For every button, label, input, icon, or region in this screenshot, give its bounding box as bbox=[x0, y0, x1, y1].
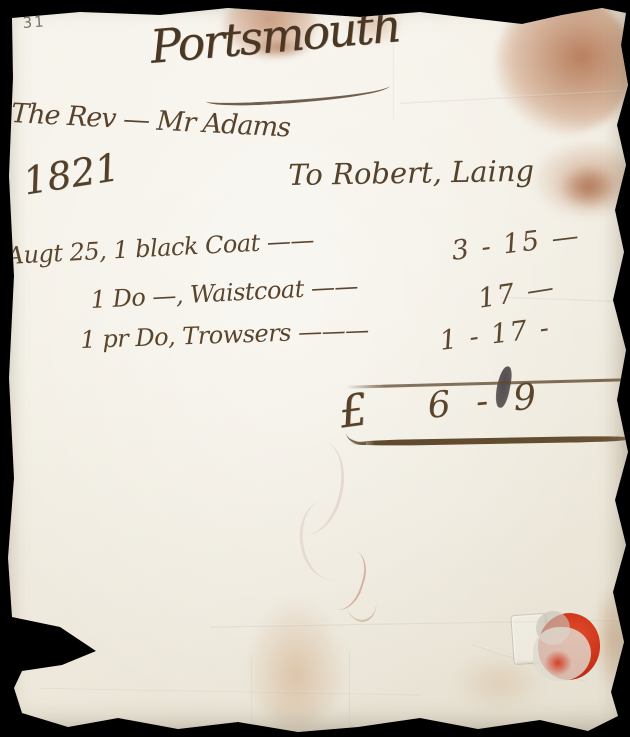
ghost-ink-mark bbox=[295, 496, 364, 583]
crease-line-vertical bbox=[250, 655, 252, 735]
stain-right-edge-core bbox=[558, 166, 618, 210]
scanned-receipt: 31 Portsmouth The Rev — Mr Adams 1821 To… bbox=[0, 0, 630, 737]
entry-date: Augt 25, bbox=[6, 237, 107, 270]
stain-top-right bbox=[496, 0, 630, 134]
total-amount: 6 - 9 bbox=[426, 376, 545, 427]
ghost-ink-mark bbox=[313, 543, 372, 615]
heading-flourish bbox=[206, 79, 391, 108]
entry-amount-2: 17 — bbox=[476, 272, 558, 315]
entry-amount-3: 1 - 17 - bbox=[438, 312, 552, 356]
heading-portsmouth: Portsmouth bbox=[148, 0, 402, 74]
folio-number: 31 bbox=[22, 12, 46, 32]
creditor-line: To Robert, Laing bbox=[288, 154, 534, 192]
entry-amount-1: 3 - 15 — bbox=[450, 220, 582, 267]
wax-seal-smudge bbox=[544, 650, 572, 676]
crease-line-vertical bbox=[348, 650, 350, 735]
entry-description: 1 pr Do, Trowsers ——— bbox=[80, 316, 369, 354]
year-label: 1821 bbox=[20, 145, 122, 204]
crease-line bbox=[400, 90, 625, 104]
stain-bottom-center bbox=[246, 598, 346, 726]
entry-description: 1 black Coat —— bbox=[113, 226, 315, 264]
entry-row-2: 1 Do —, Waistcoat —— bbox=[90, 272, 359, 314]
entry-description: 1 Do —, Waistcoat —— bbox=[90, 272, 359, 314]
paper-sheet: 31 Portsmouth The Rev — Mr Adams 1821 To… bbox=[0, 0, 630, 737]
crease-line bbox=[40, 687, 420, 696]
entry-row-1: Augt 25, 1 black Coat —— bbox=[6, 226, 315, 270]
ghost-ink-mark bbox=[342, 581, 379, 624]
ghost-ink-mark bbox=[276, 435, 352, 540]
total-underline bbox=[350, 436, 626, 447]
entry-row-3: 1 pr Do, Trowsers ——— bbox=[80, 316, 369, 354]
stain-right-edge bbox=[532, 140, 630, 220]
